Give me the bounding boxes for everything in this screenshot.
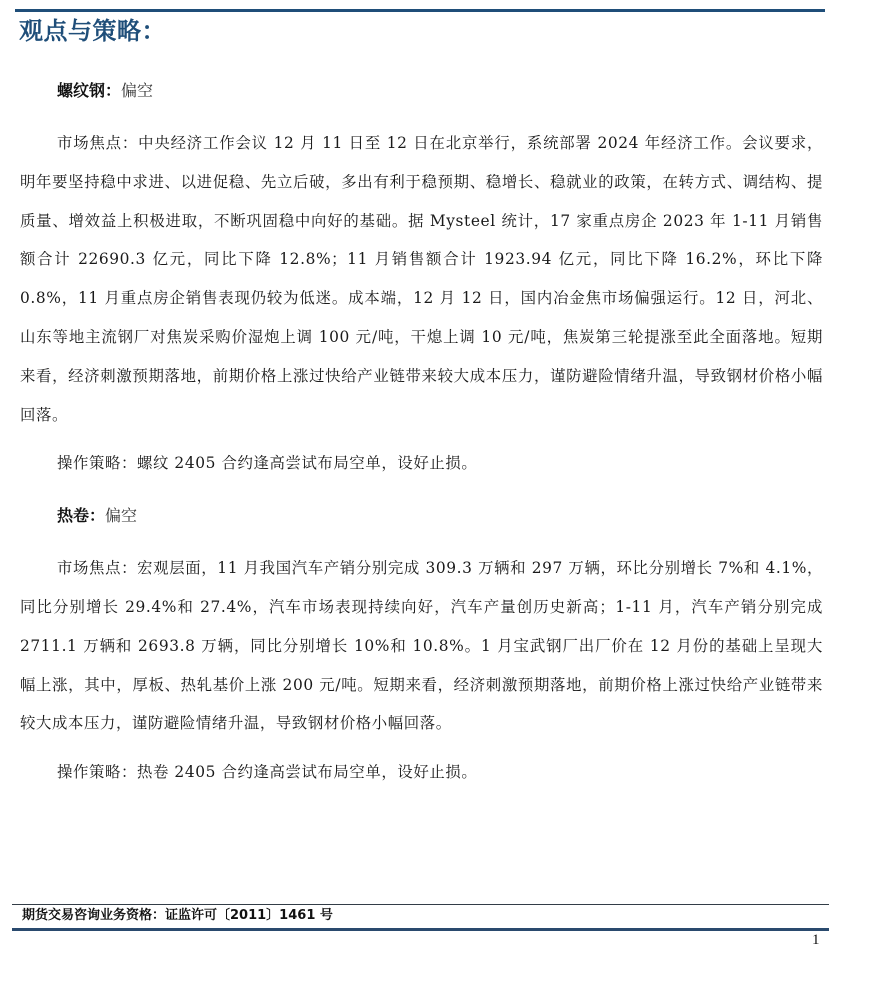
market-focus-paragraph: 市场焦点：宏观层面，11 月我国汽车产销分别完成 309.3 万辆和 297 万… — [20, 549, 823, 743]
page-title: 观点与策略： — [19, 14, 166, 48]
footer-rule-thin — [12, 904, 829, 905]
page-number: 1 — [812, 932, 820, 949]
footer-rule-thick — [12, 928, 829, 931]
strategy-paragraph: 操作策略：螺纹 2405 合约逢高尝试布局空单，设好止损。 — [20, 444, 823, 483]
market-focus-paragraph: 市场焦点：中央经济工作会议 12 月 11 日至 12 日在北京举行，系统部署 … — [20, 124, 823, 434]
section-heading: 热卷：偏空 — [20, 497, 823, 535]
footer-qualification: 期货交易咨询业务资格：证监许可〔2011〕1461 号 — [22, 906, 333, 926]
section-heading: 螺纹钢：偏空 — [20, 72, 823, 110]
top-rule — [15, 9, 825, 12]
outlook-value: 偏空 — [105, 506, 137, 525]
product-label: 螺纹钢： — [57, 81, 121, 100]
section-rebar: 螺纹钢：偏空 市场焦点：中央经济工作会议 12 月 11 日至 12 日在北京举… — [20, 72, 823, 483]
product-label: 热卷： — [57, 506, 105, 525]
section-hot-rolled-coil: 热卷：偏空 市场焦点：宏观层面，11 月我国汽车产销分别完成 309.3 万辆和… — [20, 497, 823, 792]
strategy-paragraph: 操作策略：热卷 2405 合约逢高尝试布局空单，设好止损。 — [20, 753, 823, 792]
outlook-value: 偏空 — [121, 81, 153, 100]
report-body: 螺纹钢：偏空 市场焦点：中央经济工作会议 12 月 11 日至 12 日在北京举… — [20, 72, 823, 806]
